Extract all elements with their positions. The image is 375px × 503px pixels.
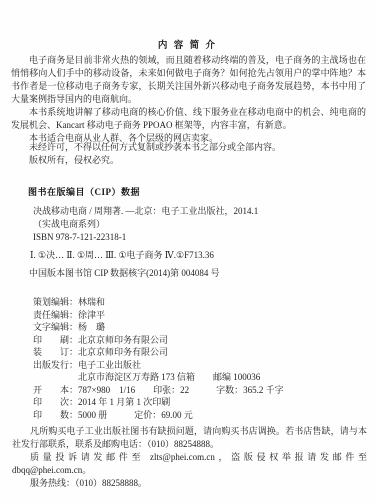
service-note-paragraph: 凡所购买电子工业出版社图书有缺损问题，请向购买书店调换。若书店售缺，请与本社发行… — [12, 425, 367, 451]
colophon-line-copies-price: 印 数：5000 册 定价：69.00 元 — [33, 409, 365, 422]
colophon-line-print-run-date: 印 次：2014 年 1 月第 1 次印刷 — [33, 396, 365, 409]
summary-paragraph: 本书系统地讲解了移动电商的核心价值、线下服务业在移动电商中的机会、纯电商的发展机… — [11, 106, 366, 132]
cip-record: 决战移动电商 / 周翔著. —北京：电子工业出版社，2014.1 （实战电商系列… — [33, 205, 365, 243]
cip-classification: Ⅰ. ①决… Ⅱ. ①周… Ⅲ. ①电子商务 Ⅳ.①F713.36 — [30, 249, 365, 262]
cip-data-block: 图书在版编目（CIP）数据 决战移动电商 / 周翔著. —北京：电子工业出版社，… — [28, 186, 365, 280]
colophon-line-text-editor: 文字编辑：杨 璐 — [33, 321, 365, 334]
content-summary-title: 内 容 简 介 — [0, 37, 375, 51]
cip-heading: 图书在版编目（CIP）数据 — [28, 186, 365, 199]
summary-paragraph: 电子商务是目前非常火热的领域，而且随着移动终端的普及，电子商务的主战场也在悄悄移… — [11, 54, 366, 106]
cip-registry-number: 中国版本图书馆 CIP 数据核字(2014)第 004084 号 — [29, 267, 365, 280]
colophon-line-responsible-editor: 责任编辑：徐津平 — [33, 309, 365, 322]
content-summary-body: 电子商务是目前非常火热的领域，而且随着移动终端的普及，电子商务的主战场也在悄悄移… — [11, 54, 366, 145]
notice-line: 未经许可，不得以任何方式复制或抄袭本书之部分或全部内容。 — [11, 141, 366, 154]
colophon-block: 策划编辑：林瑞和 责任编辑：徐津平 文字编辑：杨 璐 印 刷：北京京师印务有限公… — [33, 296, 365, 421]
cip-record-line: ISBN 978-7-121-22318-1 — [33, 231, 365, 244]
colophon-line-publisher: 出版发行：电子工业出版社 — [33, 359, 365, 372]
service-note-paragraph: 质量投诉请发邮件至 zlts@phei.com.cn，盗版侵权举报请发邮件至 d… — [12, 451, 367, 477]
service-note-paragraph: 服务热线：（010）88258888。 — [12, 477, 367, 490]
colophon-line-printer: 印 刷：北京京师印务有限公司 — [33, 334, 365, 347]
book-copyright-page: 内 容 简 介 电子商务是目前非常火热的领域，而且随着移动终端的普及，电子商务的… — [0, 0, 375, 503]
colophon-line-planning-editor: 策划编辑：林瑞和 — [33, 296, 365, 309]
colophon-line-format: 开 本：787×980 1/16 印张：22 字数：365.2 千字 — [33, 384, 365, 397]
copyright-notice: 未经许可，不得以任何方式复制或抄袭本书之部分或全部内容。 版权所有，侵权必究。 — [11, 141, 366, 167]
cip-record-line: （实战电商系列） — [33, 218, 365, 231]
colophon-line-binder: 装 订：北京京师印务有限公司 — [33, 346, 365, 359]
notice-line: 版权所有，侵权必究。 — [11, 154, 366, 167]
service-note-block: 凡所购买电子工业出版社图书有缺损问题，请向购买书店调换。若书店售缺，请与本社发行… — [12, 425, 367, 490]
colophon-line-address: 北京市海淀区万寿路 173 信箱 邮编 100036 — [33, 371, 365, 384]
cip-record-line: 决战移动电商 / 周翔著. —北京：电子工业出版社，2014.1 — [33, 205, 365, 218]
